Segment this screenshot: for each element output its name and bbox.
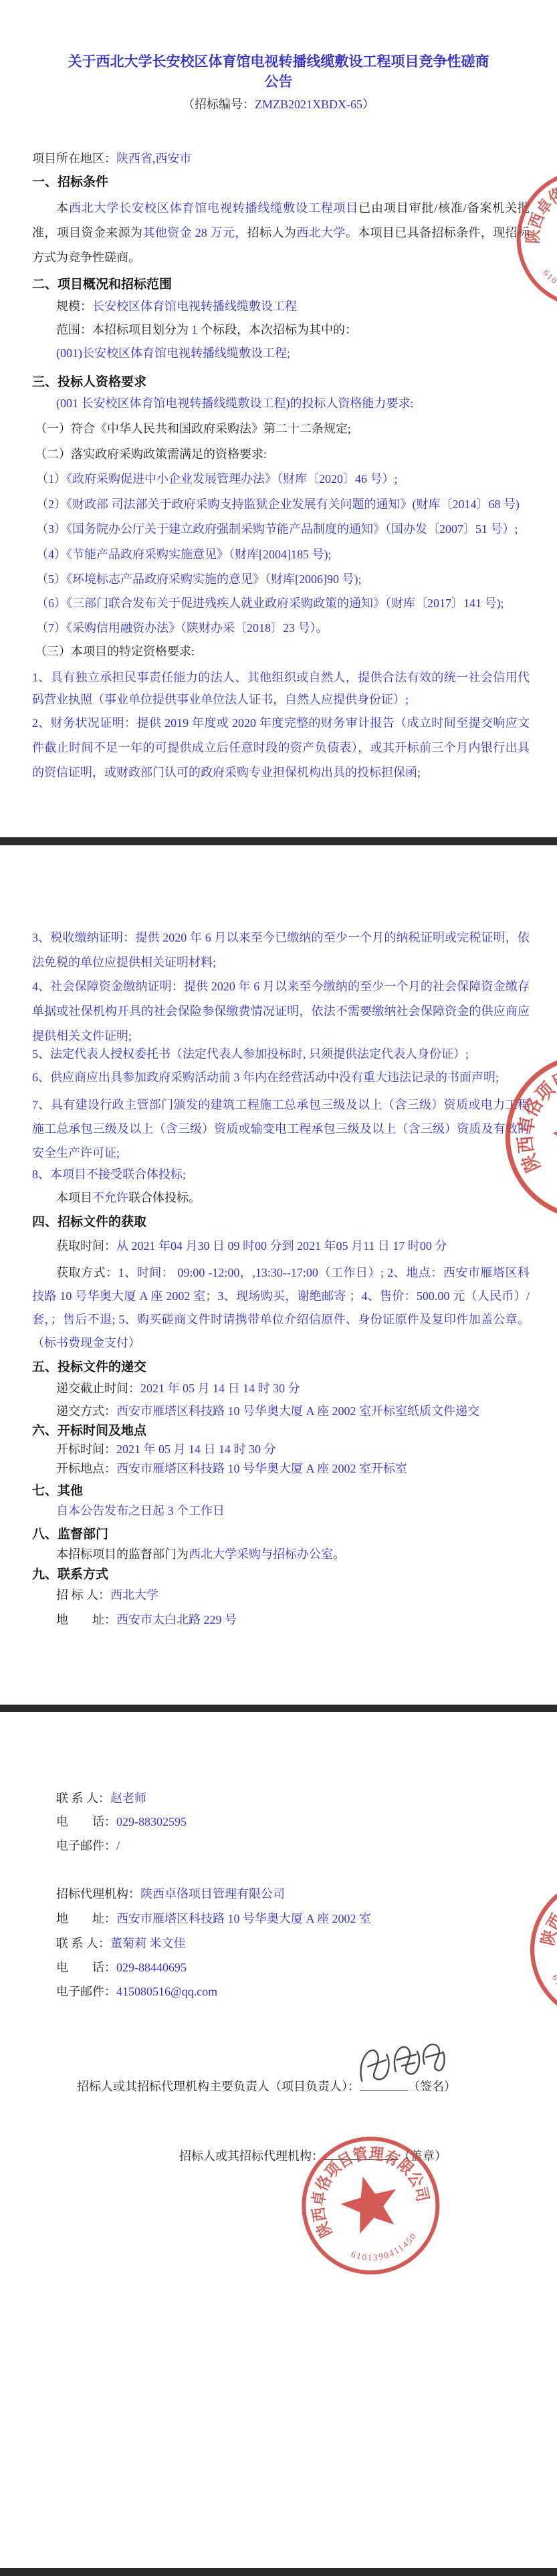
section-3-heading: 三、投标人资格要求	[32, 372, 530, 390]
qualification-intro: (001 长安校区体育馆电视转播线缆敷设工程)的投标人资格能力要求:	[32, 395, 530, 411]
submission-method: 递交方式：西安市雁塔区科技路 10 号华奥大厦 A 座 2002 室开标室纸质文…	[32, 1403, 530, 1419]
specific-req-1: 1、具有独立承担民事责任能力的法人、其他组织或自然人，提供合法有效的统一社会信用…	[32, 667, 530, 711]
bidder-name: 招 标 人：西北大学	[32, 1587, 530, 1603]
specific-req-2: 2、财务状况证明：提供 2019 年度或 2020 年度完整的财务审计报告（成立…	[32, 711, 530, 785]
specific-req-8: 8、本项目不接受联合体投标;	[32, 1166, 530, 1182]
section-9-heading: 九、联系方式	[32, 1564, 530, 1582]
document-obtain-time: 获取时间：从 2021 年04 月30 日 09 时00 分到 2021 年05…	[32, 1238, 530, 1254]
specific-req-5: 5、法定代表人授权委托书（法定代表人参加投标时, 只须提供法定代表人身份证）;	[32, 1046, 530, 1062]
bidder-address: 地 址：西安市太白北路 229 号	[32, 1612, 530, 1628]
official-stamp-seal: 陕西卓佫项目管理有限公司6101390411450	[282, 2117, 460, 2297]
policy-item-1: （1）《政府采购促进中小企业发展管理办法》（财库〔2020〕46 号）;	[36, 471, 534, 487]
bidder-contact-person: 联 系 人：赵老师	[32, 1790, 530, 1806]
signature-line: 招标人或其招标代理机构主要负责人（项目负责人）：（签名）	[77, 2078, 518, 2095]
agency-phone: 电 话：029-88440695	[32, 1959, 530, 1975]
specific-req-3: 3、税收缴纳证明：提供 2020 年 6 月以来至今已缴纳的至少一个月的纳税证明…	[32, 926, 530, 975]
page-separator-bar-bottom	[0, 2568, 557, 2576]
tender-conditions-paragraph: 本西北大学长安校区体育馆电视转播线缆敷设工程项目已由项目审批/核准/备案机关批准…	[32, 196, 530, 270]
section-7-heading: 七、其他	[32, 1481, 530, 1499]
agency-address: 地 址：西安市雁塔区科技路 10 号华奥大厦 A 座 2002 室	[32, 1911, 530, 1927]
project-region: 项目所在地区：陕西省,西安市	[32, 150, 530, 167]
qual-req-3: （三）本项目的特定资格要求:	[35, 643, 532, 659]
policy-item-6: （6）《三部门联合发布关于促进残疾人就业政府采购政策的通知》（财库〔2017〕1…	[36, 595, 534, 611]
section-6-heading: 六、开标时间及地点	[32, 1420, 530, 1438]
agency-email: 电子邮件：415080516@qq.com	[32, 1983, 530, 2000]
no-consortium-note: 本项目不允许联合体投标。	[32, 1190, 530, 1206]
policy-item-3: （3）《国务院办公厅关于建立政府强制采购节能产品制度的通知》（国办发〔2007〕…	[36, 521, 534, 537]
seal-line: 招标人或其招标代理机构：（盖章）	[179, 2148, 527, 2164]
specific-req-4: 4、社会保障资金缴纳证明：提供 2020 年 6 月以来至今缴纳的至少一个月的社…	[32, 974, 530, 1049]
section-2-heading: 二、项目概况和招标范围	[32, 274, 530, 292]
section-4-heading: 四、招标文件的获取	[32, 1212, 530, 1230]
specific-req-6: 6、供应商应出具参加政府采购活动前 3 年内在经营活动中没有重大违法记录的书面声…	[32, 1069, 530, 1085]
svg-text:6101390411450: 6101390411450	[347, 2229, 423, 2270]
page-separator-bar-1	[0, 837, 557, 845]
bidder-phone: 电 话：029-88302595	[32, 1814, 530, 1830]
supervision-department: 本招标项目的监督部门为西北大学采购与招标办公室。	[32, 1546, 530, 1562]
project-scope: 范围：本招标项目划分为 1 个标段，本次招标为其中的：	[32, 322, 530, 338]
agency-name: 招标代理机构：陕西卓佫项目管理有限公司	[32, 1886, 530, 1902]
announcement-page: 关于西北大学长安校区体育馆电视转播线缆敷设工程项目竞争性磋商 公告 （招标编号：…	[0, 0, 557, 2576]
project-scale: 规模：长安校区体育馆电视转播线缆敷设工程	[32, 298, 530, 314]
svg-text:陕西卓佫项目管理有限公司: 陕西卓佫项目管理有限公司	[535, 1864, 557, 1996]
bidder-email: 电子邮件：/	[32, 1838, 530, 1854]
document-obtain-method: 获取方式：1、时间： 09:00 -12:00，,13:30--17:00（工作…	[32, 1261, 530, 1355]
svg-text:陕西卓佫项目管理有限公司: 陕西卓佫项目管理有限公司	[295, 2131, 435, 2242]
other-note: 自本公告发布之日起 3 个工作日	[32, 1503, 530, 1519]
bid-opening-place: 开标地点：西安市雁塔区科技路 10 号华奥大厦 A 座 2002 室开标室	[32, 1461, 530, 1477]
policy-item-5: （5）《环境标志产品政府采购实施的意见》（财库[2006]90 号);	[36, 571, 534, 587]
qual-req-2: （二）落实政府采购政策需满足的资格要求:	[35, 446, 532, 462]
submission-deadline: 递交截止时间：2021 年 05 月 14 日 14 时 30 分	[32, 1380, 530, 1396]
svg-text:6101390411450: 6101390411450	[544, 1967, 557, 2022]
svg-text:6101390411450: 6101390411450	[538, 263, 557, 304]
specific-req-7: 7、具有建设行政主管部门颁发的建筑工程施工总承包三级及以上（含三级）资质或电力工…	[32, 1093, 530, 1165]
bid-opening-time: 开标时间：2021 年 05 月 14 日 14 时 30 分	[32, 1441, 530, 1457]
page-title-line2: 公告	[0, 71, 557, 91]
lot-001: (001)长安校区体育馆电视转播线缆敷设工程;	[32, 345, 530, 361]
page-title-line1: 关于西北大学长安校区体育馆电视转播线缆敷设工程项目竞争性磋商	[0, 51, 557, 71]
section-5-heading: 五、投标文件的递交	[32, 1357, 530, 1375]
policy-item-2: （2）《财政部 司法部关于政府采购支持监狱企业发展有关问题的通知》(财库〔201…	[36, 496, 534, 512]
policy-item-7: （7）《采购信用融资办法》（陕财办采〔2018〕23 号）。	[36, 620, 534, 636]
section-1-heading: 一、招标条件	[32, 172, 530, 190]
agency-contact-person: 联 系 人：董菊莉 米文佳	[32, 1935, 530, 1951]
section-8-heading: 八、监督部门	[32, 1524, 530, 1542]
qual-req-1: （一）符合《中华人民共和国政府采购法》第二十二条规定;	[35, 421, 532, 437]
tender-number: （招标编号：ZMZB2021XBDX-65）	[0, 95, 557, 112]
page-separator-bar-2	[0, 1705, 557, 1712]
policy-item-4: （4）《节能产品政府采购实施意见》（财库[2004]185 号);	[36, 546, 534, 562]
